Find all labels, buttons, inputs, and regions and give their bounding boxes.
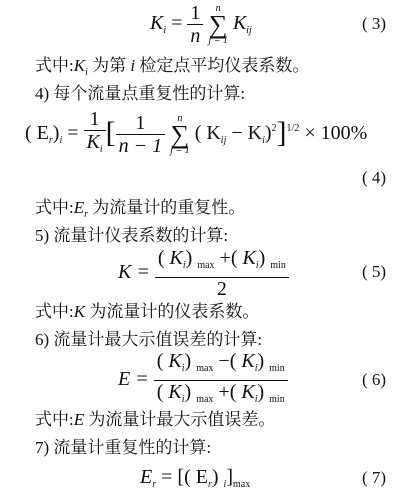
suffix: 为流量计的重复性。 xyxy=(88,198,245,217)
eq3-lhs: K xyxy=(150,12,163,34)
eq7-lhs-sub: r xyxy=(152,479,156,490)
max: max xyxy=(196,394,213,405)
K: K xyxy=(241,381,254,403)
close: ) xyxy=(259,247,266,269)
heading-6: 6) 流量计最大示值误差的计算: xyxy=(35,330,262,350)
eq3-term-sub: ij xyxy=(246,25,252,36)
frac1-num: 1 xyxy=(84,108,106,131)
min: min xyxy=(269,363,285,374)
inner-open: ( K xyxy=(195,122,221,144)
frac1-den-sub: i xyxy=(100,144,103,155)
K: K xyxy=(242,247,255,269)
eq3-frac-num: 1 xyxy=(187,2,203,25)
heading-5: 5) 流量计仪表系数的计算: xyxy=(35,226,228,246)
open: ( xyxy=(230,381,237,403)
plus: + xyxy=(220,247,231,269)
sum-bot: j = 1 xyxy=(170,146,190,156)
var: K xyxy=(74,56,85,75)
max: max xyxy=(196,363,213,374)
equation-4: ( Er)i = 1Ki[1n − 1 n∑j = 1 ( Kij − Ki)2… xyxy=(25,108,367,161)
equation-7: Er = [( Er) i]max xyxy=(140,466,250,490)
K: K xyxy=(170,247,183,269)
times-100-percent: × 100% xyxy=(304,122,367,144)
equation-number-4: ( 4) xyxy=(362,168,386,188)
inner-close: ) xyxy=(265,122,272,144)
exponent: 1/2 xyxy=(287,123,300,134)
line-k-definition: 式中:K 为流量计的仪表系数。 xyxy=(35,302,259,322)
prefix: 式中: xyxy=(35,56,74,75)
summation-icon: n∑j = 1 xyxy=(208,4,228,46)
eq7-rhs-close: ] xyxy=(226,466,233,488)
mid: 为第 xyxy=(88,56,131,75)
minus: − xyxy=(218,350,229,372)
eq3-equals: = xyxy=(171,12,182,34)
eq4-lhs-sub: i xyxy=(59,135,62,146)
var: E xyxy=(74,410,84,429)
eq6-lhs: E = xyxy=(118,368,149,390)
eq3-lhs-sub: i xyxy=(163,25,166,36)
equation-number-3: ( 3) xyxy=(362,14,386,34)
eq7-lhs: E xyxy=(140,466,152,488)
close: ) xyxy=(186,247,193,269)
close: ) xyxy=(185,381,192,403)
eq7-rhs-open: [( E xyxy=(177,466,208,488)
eq5-lhs: K = xyxy=(118,261,150,283)
var: E xyxy=(74,198,84,217)
bracket-close: ] xyxy=(277,116,287,149)
open: ( xyxy=(157,381,164,403)
heading-4: 4) 每个流量点重复性的计算: xyxy=(35,84,245,104)
var: K xyxy=(74,302,85,321)
bracket-open: [ xyxy=(106,116,116,149)
open: ( xyxy=(230,350,237,372)
heading-7: 7) 流量计重复性的计算: xyxy=(35,438,211,458)
close: ) xyxy=(257,350,264,372)
frac2-den: n − 1 xyxy=(116,135,166,157)
eq4-lhs: ( E xyxy=(25,122,49,144)
min: min xyxy=(269,394,285,405)
eq3-term: K xyxy=(233,12,246,34)
equation-6: E = ( Ki) max −( Ki) min( Ki) max +( Ki)… xyxy=(118,350,288,411)
eq7-max: max xyxy=(233,479,250,490)
line-e-definition: 式中:E 为流量计最大示值误差。 xyxy=(35,410,275,430)
max: max xyxy=(197,260,214,271)
line-ki-definition: 式中:Ki 为第 i 检定点平均仪表系数。 xyxy=(35,56,309,83)
eq7-equals: = xyxy=(161,466,172,488)
equation-5: K = ( Ki) max +( Ki) min2 xyxy=(118,247,289,300)
summation-icon: n∑j = 1 xyxy=(170,114,190,156)
open: ( xyxy=(231,247,238,269)
eq4-frac2: 1n − 1 xyxy=(116,112,166,157)
open: ( xyxy=(157,350,164,372)
open: ( xyxy=(158,247,165,269)
K: K xyxy=(168,350,181,372)
eq6-fraction: ( Ki) max −( Ki) min( Ki) max +( Ki) min xyxy=(154,350,288,411)
inner-sub1: ij xyxy=(221,135,227,146)
prefix: 式中: xyxy=(35,198,74,217)
inner-minus: − K xyxy=(231,122,262,144)
K: K xyxy=(168,381,181,403)
equation-number-5: ( 5) xyxy=(362,262,386,282)
eq7-rhs-mid: ) xyxy=(212,466,219,488)
suffix: 为流量计最大示值误差。 xyxy=(84,410,275,429)
eq4-equals: = xyxy=(67,122,78,144)
K: K xyxy=(241,350,254,372)
eq4-frac1: 1Ki xyxy=(84,108,106,161)
sum-bot: j = 1 xyxy=(208,36,228,46)
equation-number-7: ( 7) xyxy=(362,468,386,488)
line-er-definition: 式中:Er 为流量计的重复性。 xyxy=(35,198,245,225)
min: min xyxy=(270,260,286,271)
frac2-num: 1 xyxy=(116,112,166,135)
close: ) xyxy=(185,350,192,372)
close: ) xyxy=(257,381,264,403)
eq5-fraction: ( Ki) max +( Ki) min2 xyxy=(155,247,289,300)
equation-number-6: ( 6) xyxy=(362,370,386,390)
suffix: 检定点平均仪表系数。 xyxy=(135,56,309,75)
equation-3: Ki = 1n n∑j = 1 Kij xyxy=(150,2,252,47)
frac1-den: K xyxy=(87,131,100,153)
eq3-fraction: 1n xyxy=(187,2,203,47)
prefix: 式中: xyxy=(35,410,74,429)
plus: + xyxy=(218,381,229,403)
prefix: 式中: xyxy=(35,302,74,321)
eq5-den: 2 xyxy=(155,278,289,300)
eq3-frac-den: n xyxy=(187,25,203,47)
suffix: 为流量计的仪表系数。 xyxy=(85,302,259,321)
